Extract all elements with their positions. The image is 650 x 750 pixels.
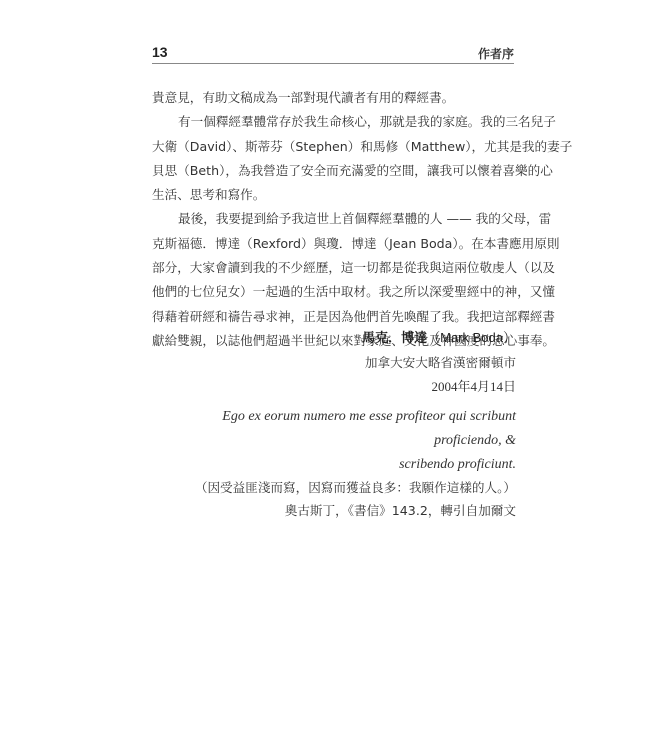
signature-date: 2004年4月14日: [362, 375, 516, 399]
body-line: 他們的七位兒女）一起過的生活中取材。我之所以深愛聖經中的神，又懂: [152, 280, 516, 304]
book-page: 13 作者序 貴意見，有助文稿成為一部對現代讀者有用的釋經書。 有一個釋經羣體常…: [0, 0, 650, 750]
body-line: 生活、思考和寫作。: [152, 183, 516, 207]
author-name: 馬克．博達（Mark Boda）: [362, 326, 516, 351]
author-name-en: （Mark Boda）: [427, 330, 516, 345]
quote-translation: （因受益匪淺而寫，因寫而獲益良多：我願作這樣的人。）: [176, 477, 516, 499]
body-line: 克斯福德．博達（Rexford）與瓊．博達（Jean Boda）。在本書應用原則: [152, 232, 516, 256]
author-location: 加拿大安大略省漢密爾頓市: [362, 351, 516, 375]
body-line: 貝思（Beth），為我營造了安全而充滿愛的空間，讓我可以懷着喜樂的心: [152, 159, 516, 183]
body-line: 大衛（David）、斯蒂芬（Stephen）和馬修（Matthew），尤其是我的…: [152, 135, 516, 159]
running-head: 作者序: [478, 45, 514, 62]
quote-source: 奧古斯丁，《書信》143.2，轉引自加爾文: [176, 499, 516, 523]
latin-quote-line-1: Ego ex eorum numero me esse profiteor qu…: [176, 405, 516, 453]
page-number: 13: [152, 44, 168, 60]
body-line: 最後，我要提到給予我這世上首個釋經羣體的人 —— 我的父母，雷: [152, 207, 516, 231]
preface-body: 貴意見，有助文稿成為一部對現代讀者有用的釋經書。 有一個釋經羣體常存於我生命核心…: [152, 86, 516, 353]
body-line: 有一個釋經羣體常存於我生命核心，那就是我的家庭。我的三名兒子: [152, 110, 516, 134]
epigraph: Ego ex eorum numero me esse profiteor qu…: [176, 405, 516, 523]
body-line: 部分，大家會讀到我的不少經歷，這一切都是從我與這兩位敬虔人（以及: [152, 256, 516, 280]
author-signature: 馬克．博達（Mark Boda） 加拿大安大略省漢密爾頓市 2004年4月14日: [362, 326, 516, 399]
latin-quote-line-2: scribendo proficiunt.: [176, 453, 516, 477]
body-line: 貴意見，有助文稿成為一部對現代讀者有用的釋經書。: [152, 86, 516, 110]
author-name-zh: 馬克．博達: [362, 331, 427, 346]
page-header: 13 作者序: [152, 44, 514, 64]
